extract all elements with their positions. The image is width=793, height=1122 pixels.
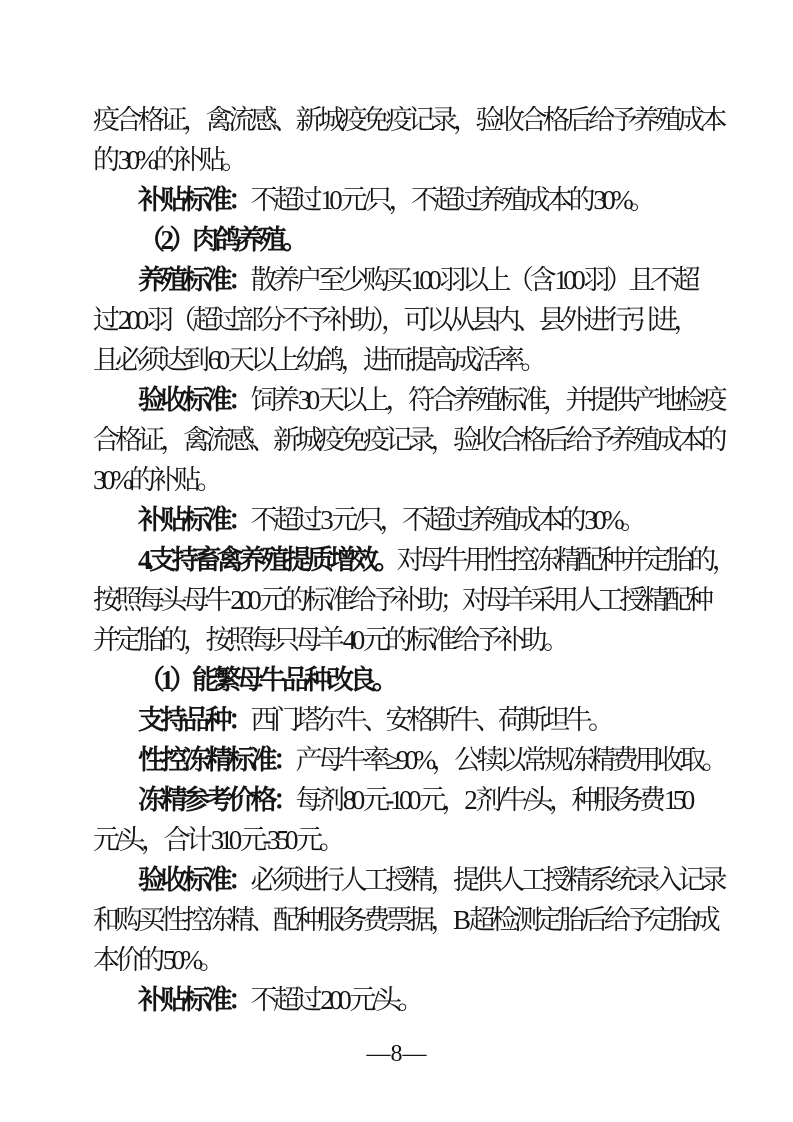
document-line: 且必须达到 60 天以上幼鸽，进而提高成活率。 (93, 340, 723, 380)
line-label: 支持品种： (138, 705, 251, 735)
document-body: 疫合格证，禽流感、新城疫免疫记录，验收合格后给予养殖成本 的 30%的补贴。 补… (93, 100, 723, 1020)
line-text: 元/头，合计 310 元-350 元。 (93, 825, 341, 855)
document-line: 和购买性控冻精、配种服务费票据，B 超检测定胎后给予定胎成 (93, 900, 723, 940)
document-line: 验收标准：饲养 30 天以上，符合养殖标准，并提供产地检疫 (93, 380, 723, 420)
line-text: 对母牛用性控冻精配种并定胎的， (397, 545, 735, 575)
line-text: 散养户至少购买 100 羽以上（含 100 羽）且不超 (251, 265, 697, 295)
line-text: 必须进行人工授精，提供人工授精系统录入记录 (251, 865, 724, 895)
line-text: 不超过 3 元/只，不超过养殖成本的 30%。 (251, 505, 643, 535)
line-label: （2）肉鸽养殖。 (138, 225, 305, 255)
line-text: 产母牛率≥90%，公犊以常规冻精费用收取。 (296, 745, 725, 775)
line-label: （1）能繁母牛品种改良。 (138, 665, 395, 695)
document-line: 过 200 羽（超过部分不予补助），可以从县内、县外进行引进， (93, 300, 723, 340)
page-number: —8— (0, 1034, 793, 1074)
line-text: 且必须达到 60 天以上幼鸽，进而提高成活率。 (93, 345, 543, 375)
line-text: 西门塔尔牛、安格斯牛、荷斯坦牛。 (251, 705, 611, 735)
document-line: 支持品种：西门塔尔牛、安格斯牛、荷斯坦牛。 (93, 700, 723, 740)
line-text: 过 200 羽（超过部分不予补助），可以从县内、县外进行引进， (93, 305, 696, 335)
line-label: 冻精参考价格： (138, 785, 296, 815)
document-line: 本价的 50%。 (93, 940, 723, 980)
line-label: 验收标准： (138, 865, 251, 895)
line-text: 的 30%的补贴。 (93, 145, 244, 175)
document-line: 补贴标准：不超过 10 元/只，不超过养殖成本的 30%。 (93, 180, 723, 220)
line-text: 不超过 10 元/只，不超过养殖成本的 30%。 (251, 185, 652, 215)
document-line: 合格证，禽流感、新城疫免疫记录，验收合格后给予养殖成本的 (93, 420, 723, 460)
line-text: 30%的补贴。 (93, 465, 219, 495)
document-line: 按照每头母牛 200 元的标准给予补助；对母羊采用人工授精配种 (93, 580, 723, 620)
document-line: 验收标准：必须进行人工授精，提供人工授精系统录入记录 (93, 860, 723, 900)
line-text: 和购买性控冻精、配种服务费票据，B 超检测定胎后给予定胎成 (93, 905, 716, 935)
line-text: 疫合格证，禽流感、新城疫免疫记录，验收合格后给予养殖成本 (93, 105, 723, 135)
document-line: 疫合格证，禽流感、新城疫免疫记录，验收合格后给予养殖成本 (93, 100, 723, 140)
document-line: 补贴标准：不超过 200 元/头。 (93, 980, 723, 1020)
line-label: 补贴标准： (138, 985, 251, 1015)
line-text: 本价的 50%。 (93, 945, 221, 975)
line-label: 补贴标准： (138, 505, 251, 535)
document-line: 性控冻精标准：产母牛率≥90%，公犊以常规冻精费用收取。 (93, 740, 723, 780)
line-text: 合格证，禽流感、新城疫免疫记录，验收合格后给予养殖成本的 (93, 425, 723, 455)
line-text: 按照每头母牛 200 元的标准给予补助；对母羊采用人工授精配种 (93, 585, 710, 615)
line-text: 每剂 80 元-100 元，2 剂/牛/头，种服务费 150 (296, 785, 691, 815)
line-label: 4.支持畜禽养殖提质增效。 (138, 545, 397, 575)
document-line: 4.支持畜禽养殖提质增效。对母牛用性控冻精配种并定胎的， (93, 540, 723, 580)
document-line: 的 30%的补贴。 (93, 140, 723, 180)
document-line: 冻精参考价格：每剂 80 元-100 元，2 剂/牛/头，种服务费 150 (93, 780, 723, 820)
document-page: 疫合格证，禽流感、新城疫免疫记录，验收合格后给予养殖成本 的 30%的补贴。 补… (0, 0, 793, 1122)
line-label: 补贴标准： (138, 185, 251, 215)
document-line: （2）肉鸽养殖。 (93, 220, 723, 260)
line-label: 验收标准： (138, 385, 251, 415)
document-line: 养殖标准：散养户至少购买 100 羽以上（含 100 羽）且不超 (93, 260, 723, 300)
line-text: 饲养 30 天以上，符合养殖标准，并提供产地检疫 (251, 385, 724, 415)
document-line: 并定胎的，按照每只母羊 40 元的标准给予补助。 (93, 620, 723, 660)
line-text: 并定胎的，按照每只母羊 40 元的标准给予补助。 (93, 625, 566, 655)
document-line: 30%的补贴。 (93, 460, 723, 500)
line-label: 性控冻精标准： (138, 745, 296, 775)
line-label: 养殖标准： (138, 265, 251, 295)
document-line: 补贴标准：不超过 3 元/只，不超过养殖成本的 30%。 (93, 500, 723, 540)
document-line: 元/头，合计 310 元-350 元。 (93, 820, 723, 860)
line-text: 不超过 200 元/头。 (251, 985, 421, 1015)
document-line: （1）能繁母牛品种改良。 (93, 660, 723, 700)
